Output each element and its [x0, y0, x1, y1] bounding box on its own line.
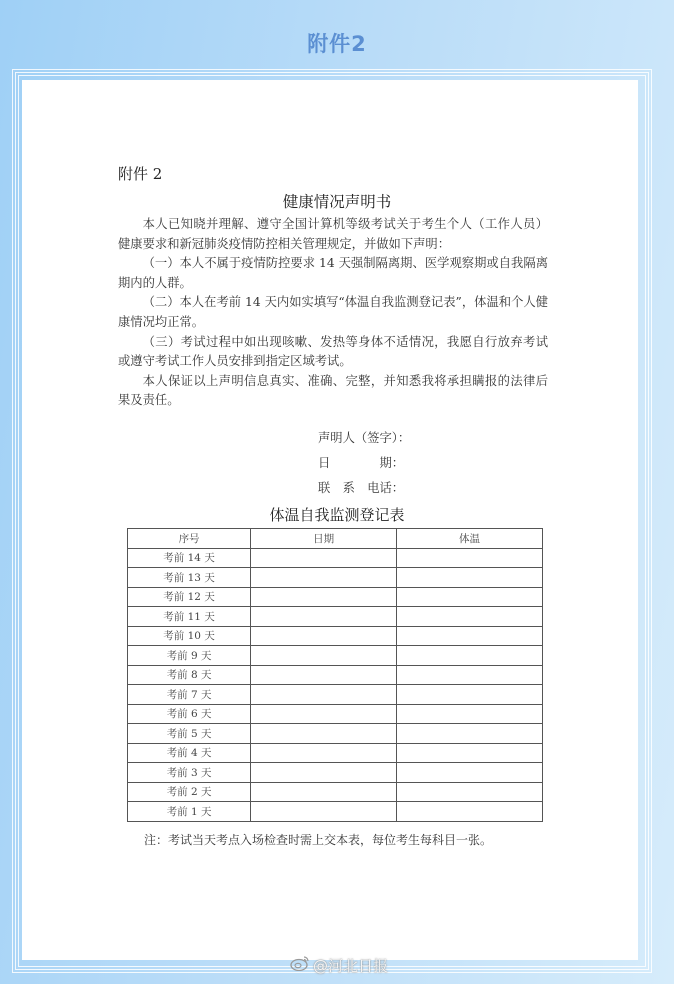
table-row: 考前 8 天	[128, 665, 543, 685]
temperature-cell[interactable]	[397, 626, 543, 646]
header-date: 日期	[251, 529, 397, 549]
weibo-icon	[290, 955, 310, 975]
temperature-cell[interactable]	[397, 724, 543, 744]
date-cell[interactable]	[251, 763, 397, 783]
declaration-body: 本人已知晓并理解、遵守全国计算机等级考试关于考生个人（工作人员）健康要求和新冠肺…	[118, 215, 548, 411]
phone-label: 联 系 电话：	[318, 478, 404, 496]
table-row: 考前 12 天	[128, 587, 543, 607]
table-row: 考前 9 天	[128, 646, 543, 666]
temperature-log-table: 序号 日期 体温 考前 14 天 考前 13 天 考前 12 天 考前 11 天…	[127, 528, 543, 822]
row-label: 考前 13 天	[128, 568, 251, 588]
table-row: 考前 11 天	[128, 607, 543, 627]
document-title: 健康情况声明书	[0, 190, 674, 212]
temperature-cell[interactable]	[397, 802, 543, 822]
row-label: 考前 12 天	[128, 587, 251, 607]
row-label: 考前 9 天	[128, 646, 251, 666]
phone-field: 联 系 电话：	[318, 478, 404, 496]
table-header-row: 序号 日期 体温	[128, 529, 543, 549]
table-row: 考前 5 天	[128, 724, 543, 744]
temperature-cell[interactable]	[397, 704, 543, 724]
temperature-cell[interactable]	[397, 685, 543, 705]
date-cell[interactable]	[251, 607, 397, 627]
declaration-paragraph: 本人已知晓并理解、遵守全国计算机等级考试关于考生个人（工作人员）健康要求和新冠肺…	[118, 215, 548, 254]
date-cell[interactable]	[251, 724, 397, 744]
row-label: 考前 3 天	[128, 763, 251, 783]
table-row: 考前 7 天	[128, 685, 543, 705]
table-note: 注：考试当天考点入场检查时需上交本表，每位考生每科目一张。	[144, 831, 492, 848]
row-label: 考前 4 天	[128, 743, 251, 763]
table-row: 考前 6 天	[128, 704, 543, 724]
temperature-cell[interactable]	[397, 665, 543, 685]
table-row: 考前 3 天	[128, 763, 543, 783]
date-cell[interactable]	[251, 743, 397, 763]
table-row: 考前 4 天	[128, 743, 543, 763]
row-label: 考前 1 天	[128, 802, 251, 822]
temperature-cell[interactable]	[397, 646, 543, 666]
temperature-cell[interactable]	[397, 743, 543, 763]
table-row: 考前 1 天	[128, 802, 543, 822]
date-cell[interactable]	[251, 548, 397, 568]
declaration-paragraph: （二）本人在考前 14 天内如实填写“体温自我监测登记表”，体温和个人健康情况均…	[118, 293, 548, 332]
date-cell[interactable]	[251, 568, 397, 588]
temperature-cell[interactable]	[397, 607, 543, 627]
signature-field: 声明人（签字）：	[318, 428, 410, 446]
date-cell[interactable]	[251, 665, 397, 685]
table-row: 考前 14 天	[128, 548, 543, 568]
temperature-cell[interactable]	[397, 587, 543, 607]
table-row: 考前 2 天	[128, 782, 543, 802]
annex-label: 附件 2	[118, 163, 162, 184]
date-cell[interactable]	[251, 685, 397, 705]
table-title: 体温自我监测登记表	[0, 504, 674, 525]
date-cell[interactable]	[251, 646, 397, 666]
declaration-paragraph: （一）本人不属于疫情防控要求 14 天强制隔离期、医学观察期或自我隔离期内的人群…	[118, 254, 548, 293]
date-cell[interactable]	[251, 587, 397, 607]
temperature-cell[interactable]	[397, 568, 543, 588]
table-row: 考前 13 天	[128, 568, 543, 588]
signature-label: 声明人（签字）：	[318, 428, 410, 446]
row-label: 考前 6 天	[128, 704, 251, 724]
table-row: 考前 10 天	[128, 626, 543, 646]
header-index: 序号	[128, 529, 251, 549]
watermark-text: @河北日报	[313, 957, 388, 975]
banner-title: 附件2	[0, 28, 674, 58]
date-cell[interactable]	[251, 782, 397, 802]
temperature-cell[interactable]	[397, 782, 543, 802]
date-cell[interactable]	[251, 802, 397, 822]
date-label: 日 期：	[318, 453, 404, 471]
date-field: 日 期：	[318, 453, 404, 471]
header-temperature: 体温	[397, 529, 543, 549]
temperature-cell[interactable]	[397, 763, 543, 783]
date-cell[interactable]	[251, 704, 397, 724]
declaration-paragraph: （三）考试过程中如出现咳嗽、发热等身体不适情况，我愿自行放弃考试或遵守考试工作人…	[118, 333, 548, 372]
row-label: 考前 2 天	[128, 782, 251, 802]
row-label: 考前 10 天	[128, 626, 251, 646]
temperature-cell[interactable]	[397, 548, 543, 568]
watermark: @河北日报	[290, 955, 388, 976]
row-label: 考前 5 天	[128, 724, 251, 744]
row-label: 考前 11 天	[128, 607, 251, 627]
row-label: 考前 7 天	[128, 685, 251, 705]
declaration-paragraph: 本人保证以上声明信息真实、准确、完整，并知悉我将承担瞒报的法律后果及责任。	[118, 372, 548, 411]
date-cell[interactable]	[251, 626, 397, 646]
row-label: 考前 14 天	[128, 548, 251, 568]
row-label: 考前 8 天	[128, 665, 251, 685]
